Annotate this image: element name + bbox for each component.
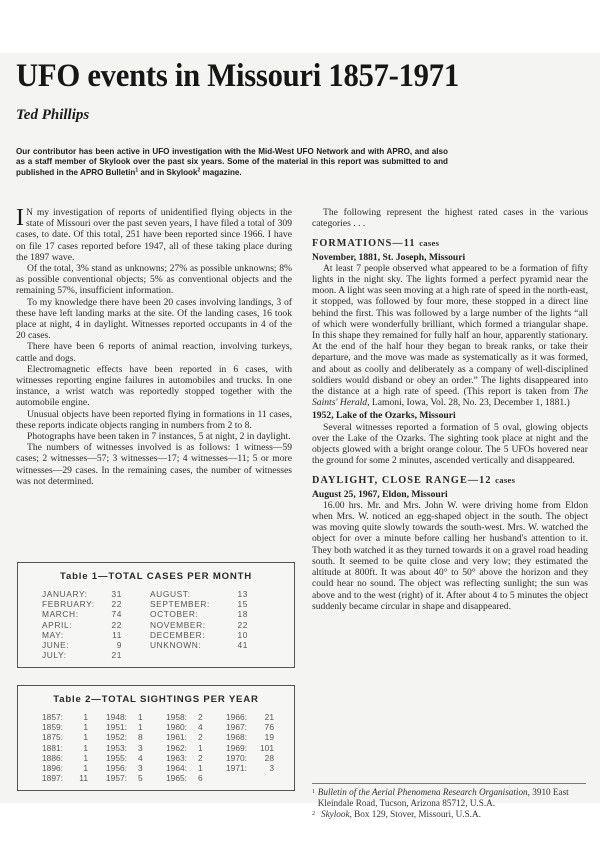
year-value: 1 (134, 712, 148, 722)
year-value: 8 (134, 732, 148, 742)
table-row: OCTOBER:18 (150, 609, 272, 619)
drop-cap: I (16, 209, 24, 228)
footnote-number: 2 (312, 809, 321, 820)
paragraph: IN my investigation of reports of uniden… (16, 207, 292, 263)
table-row: 1969:101 (226, 743, 282, 753)
table-row: NOVEMBER:22 (150, 620, 272, 630)
table-row: JUNE:9 (42, 640, 150, 650)
year-value: 4 (194, 722, 208, 732)
publication-title: The Saints' Herald (312, 386, 588, 408)
magazine-page: UFO events in Missouri 1857-1971 Ted Phi… (0, 53, 600, 803)
year-value: 1 (194, 743, 208, 753)
footnote: 1Bulletin of the Aerial Phenomena Resear… (312, 787, 592, 809)
year-value: 4 (134, 753, 148, 763)
left-column: IN my investigation of reports of uniden… (16, 207, 292, 487)
table-row: 1886:1 (42, 753, 106, 763)
paragraph: Electromagnetic effects have been report… (16, 364, 292, 409)
table-row: JULY:21 (42, 650, 150, 660)
month-label: MAY: (42, 630, 108, 640)
table-row: 1961:2 (166, 732, 226, 742)
year-value: 76 (254, 722, 274, 732)
table-column: AUGUST:13SEPTEMBER:15OCTOBER:18NOVEMBER:… (150, 589, 272, 660)
year-label: 1960: (166, 722, 194, 732)
table-column: 1958:21960:41961:21962:11963:21964:11965… (166, 712, 226, 783)
year-value: 21 (254, 712, 274, 722)
right-column: The following represent the highest rate… (312, 207, 588, 612)
year-label: 1964: (166, 763, 194, 773)
section-heading: FORMATIONS—11 cases (312, 238, 588, 249)
table-row: 1957:5 (106, 773, 166, 783)
intro-text-2: and in Skylook (138, 168, 197, 177)
table-title: Table 2—TOTAL SIGHTINGS PER YEAR (18, 694, 294, 705)
section-heading: DAYLIGHT, CLOSE RANGE—12 cases (312, 475, 588, 486)
table-column: 1966:211967:761968:191969:1011970:281971… (226, 712, 282, 783)
month-label: APRIL: (42, 620, 108, 630)
table-cases-per-month: Table 1—TOTAL CASES PER MONTH JANUARY:31… (17, 562, 295, 668)
table-row: 1965:6 (166, 773, 226, 783)
month-value: 13 (234, 589, 248, 599)
table-row: DECEMBER:10 (150, 630, 272, 640)
month-value: 15 (234, 599, 248, 609)
article-title: UFO events in Missouri 1857-1971 (16, 58, 459, 95)
month-value: 11 (108, 630, 122, 640)
case-heading: November, 1881, St. Joseph, Missouri (312, 252, 588, 263)
year-value: 1 (194, 763, 208, 773)
month-label: AUGUST: (150, 589, 234, 599)
year-label: 1969: (226, 743, 254, 753)
table-row: 1963:2 (166, 753, 226, 763)
table-row: JANUARY:31 (42, 589, 150, 599)
table-row: 1956:3 (106, 763, 166, 773)
table-row: 1897:11 (42, 773, 106, 783)
year-value: 6 (194, 773, 208, 783)
year-label: 1955: (106, 753, 134, 763)
year-value: 3 (134, 743, 148, 753)
table-row: 1859:1 (42, 722, 106, 732)
year-label: 1897: (42, 773, 70, 783)
paragraph: Unusual objects have been reported flyin… (16, 409, 292, 431)
month-label: MARCH: (42, 609, 108, 619)
paragraph: To my knowledge there have been 20 cases… (16, 297, 292, 342)
case-paragraph: Several witnesses reported a formation o… (312, 422, 588, 467)
table-sightings-per-year: Table 2—TOTAL SIGHTINGS PER YEAR 1857:11… (17, 685, 295, 791)
footnote-text: Bulletin of the Aerial Phenomena Researc… (318, 787, 592, 809)
year-value: 1 (70, 712, 88, 722)
year-value: 1 (70, 743, 88, 753)
month-value: 10 (234, 630, 248, 640)
year-value: 19 (254, 732, 274, 742)
year-label: 1967: (226, 722, 254, 732)
table-row: 1967:76 (226, 722, 282, 732)
month-label: FEBRUARY: (42, 599, 108, 609)
year-label: 1958: (166, 712, 194, 722)
case-paragraph: 16.00 hrs. Mr. and Mrs. John W. were dri… (312, 500, 588, 612)
year-label: 1970: (226, 753, 254, 763)
year-label: 1948: (106, 712, 134, 722)
table-title: Table 1—TOTAL CASES PER MONTH (18, 571, 294, 582)
month-label: NOVEMBER: (150, 620, 234, 630)
paragraph: There have been 6 reports of animal reac… (16, 341, 292, 363)
year-value: 2 (194, 753, 208, 763)
table-column: 1857:11859:11875:11881:11886:11896:11897… (42, 712, 106, 783)
year-label: 1965: (166, 773, 194, 783)
table-row: 1896:1 (42, 763, 106, 773)
year-value: 1 (70, 732, 88, 742)
year-label: 1896: (42, 763, 70, 773)
month-value: 31 (108, 589, 122, 599)
year-value: 2 (194, 712, 208, 722)
contributor-note: Our contributor has been active in UFO i… (16, 147, 448, 178)
year-value: 28 (254, 753, 274, 763)
case-heading: 1952, Lake of the Ozarks, Missouri (312, 410, 588, 421)
table-row: 1968:19 (226, 732, 282, 742)
month-value: 74 (108, 609, 122, 619)
year-label: 1963: (166, 753, 194, 763)
month-label: JUNE: (42, 640, 108, 650)
table-column: JANUARY:31FEBRUARY:22MARCH:74APRIL:22MAY… (42, 589, 150, 660)
table-row: 1966:21 (226, 712, 282, 722)
year-value: 1 (70, 753, 88, 763)
month-value: 9 (108, 640, 122, 650)
year-label: 1968: (226, 732, 254, 742)
month-value: 22 (234, 620, 248, 630)
table-row: 1964:1 (166, 763, 226, 773)
table-row: 1955:4 (106, 753, 166, 763)
footnotes: 1Bulletin of the Aerial Phenomena Resear… (312, 787, 592, 819)
article-author: Ted Phillips (16, 107, 89, 124)
table-row: 1960:4 (166, 722, 226, 732)
year-value: 3 (134, 763, 148, 773)
month-label: OCTOBER: (150, 609, 234, 619)
table-row: 1970:28 (226, 753, 282, 763)
month-label: UNKNOWN: (150, 640, 234, 650)
year-value: 1 (70, 763, 88, 773)
publication-title: Skylook (321, 809, 350, 819)
year-value: 5 (134, 773, 148, 783)
year-value: 2 (194, 732, 208, 742)
table-row: 1958:2 (166, 712, 226, 722)
year-label: 1886: (42, 753, 70, 763)
table-row: 1881:1 (42, 743, 106, 753)
year-label: 1971: (226, 763, 254, 773)
table-column: 1948:11951:11952:81953:31955:41956:31957… (106, 712, 166, 783)
footnote: 2Skylook, Box 129, Stover, Missouri, U.S… (312, 809, 592, 820)
table-row: 1948:1 (106, 712, 166, 722)
month-label: JANUARY: (42, 589, 108, 599)
year-value: 101 (254, 743, 274, 753)
table-row: MAY:11 (42, 630, 150, 640)
month-value: 18 (234, 609, 248, 619)
case-heading: August 25, 1967, Eldon, Missouri (312, 489, 588, 500)
table-row: 1952:8 (106, 732, 166, 742)
month-label: SEPTEMBER: (150, 599, 234, 609)
month-value: 22 (108, 599, 122, 609)
paragraph: The numbers of witnesses involved is as … (16, 442, 292, 487)
table-row: 1971:3 (226, 763, 282, 773)
year-label: 1875: (42, 732, 70, 742)
paragraph: Photographs have been taken in 7 instanc… (16, 431, 292, 442)
year-value: 3 (254, 763, 274, 773)
month-value: 21 (108, 650, 122, 660)
year-label: 1962: (166, 743, 194, 753)
table-row: AUGUST:13 (150, 589, 272, 599)
footnote-text: Skylook, Box 129, Stover, Missouri, U.S.… (321, 809, 481, 820)
table-row: APRIL:22 (42, 620, 150, 630)
year-value: 1 (70, 722, 88, 732)
table-row: 1962:1 (166, 743, 226, 753)
year-label: 1857: (42, 712, 70, 722)
year-label: 1881: (42, 743, 70, 753)
table-row: MARCH:74 (42, 609, 150, 619)
year-label: 1966: (226, 712, 254, 722)
year-value: 11 (70, 773, 88, 783)
lead-paragraph: The following represent the highest rate… (312, 207, 588, 229)
table-row: 1857:1 (42, 712, 106, 722)
year-label: 1961: (166, 732, 194, 742)
year-label: 1951: (106, 722, 134, 732)
table-row: SEPTEMBER:15 (150, 599, 272, 609)
paragraph: Of the total, 3% stand as unknowns; 27% … (16, 263, 292, 297)
month-value: 41 (234, 640, 248, 650)
year-label: 1859: (42, 722, 70, 732)
table-row: UNKNOWN:41 (150, 640, 272, 650)
footnote-divider (312, 783, 586, 784)
year-label: 1952: (106, 732, 134, 742)
year-value: 1 (134, 722, 148, 732)
month-label: JULY: (42, 650, 108, 660)
publication-title: Bulletin of the Aerial Phenomena Researc… (318, 787, 530, 797)
year-label: 1956: (106, 763, 134, 773)
year-label: 1957: (106, 773, 134, 783)
intro-text-3: magazine. (200, 168, 241, 177)
table-row: 1875:1 (42, 732, 106, 742)
year-label: 1953: (106, 743, 134, 753)
table-row: 1951:1 (106, 722, 166, 732)
case-paragraph: At least 7 people observed what appeared… (312, 263, 588, 409)
table-row: FEBRUARY:22 (42, 599, 150, 609)
month-label: DECEMBER: (150, 630, 234, 640)
month-value: 22 (108, 620, 122, 630)
table-row: 1953:3 (106, 743, 166, 753)
